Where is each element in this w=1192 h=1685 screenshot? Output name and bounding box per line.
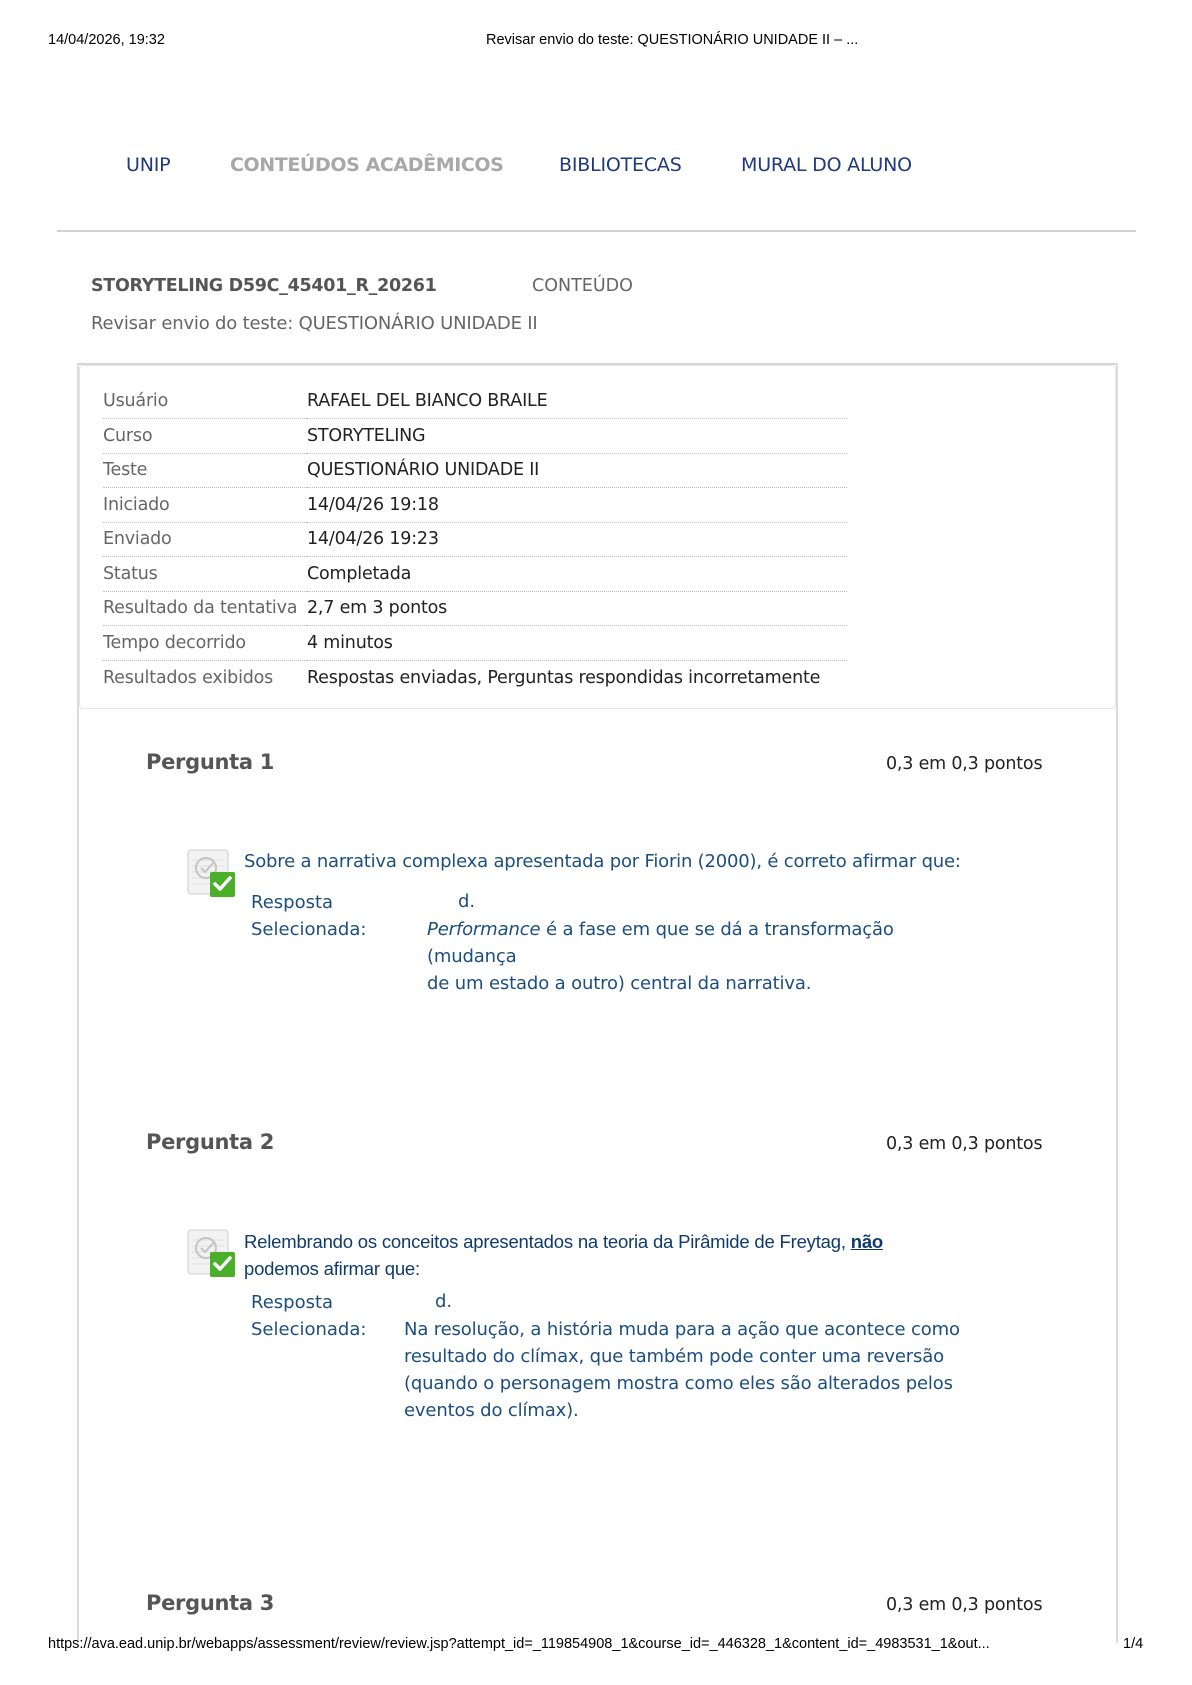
print-page-title: Revisar envio do teste: QUESTIONÁRIO UNI… [486, 32, 858, 48]
info-label: Status [103, 557, 307, 592]
question-title: Pergunta 2 [146, 1130, 274, 1154]
info-row-tempo: Tempo decorrido4 minutos [103, 626, 847, 661]
breadcrumb-section[interactable]: CONTEÚDO [532, 276, 633, 296]
question-title: Pergunta 1 [146, 750, 274, 774]
answer-label-line2: Selecionada: [251, 1316, 366, 1343]
answer-line: resultado do clímax, que também pode con… [404, 1343, 984, 1370]
info-row-status: StatusCompletada [103, 557, 847, 592]
info-value: 2,7 em 3 pontos [307, 591, 847, 626]
top-nav: UNIP CONTEÚDOS ACADÊMICOS BIBLIOTECAS MU… [126, 154, 912, 176]
answer-label-line1: Resposta [251, 1289, 366, 1316]
print-url: https://ava.ead.unip.br/webapps/assessme… [48, 1636, 990, 1652]
nav-divider [57, 230, 1136, 232]
info-value: Respostas enviadas, Perguntas respondida… [307, 660, 847, 695]
print-footer: https://ava.ead.unip.br/webapps/assessme… [0, 1636, 1192, 1656]
info-value: STORYTELING [307, 419, 847, 454]
nav-tab-bibliotecas[interactable]: BIBLIOTECAS [559, 154, 741, 176]
question-title: Pergunta 3 [146, 1591, 274, 1615]
info-row-usuario: UsuárioRAFAEL DEL BIANCO BRAILE [103, 384, 847, 419]
info-label: Tempo decorrido [103, 626, 307, 661]
correct-check-icon [186, 848, 238, 900]
question-text-line1: Relembrando os conceitos apresentados na… [244, 1231, 851, 1252]
info-row-iniciado: Iniciado14/04/26 19:18 [103, 488, 847, 523]
question-text-emphasis: não [851, 1231, 883, 1252]
answer-label: Resposta Selecionada: [251, 889, 366, 943]
nav-tab-mural-do-aluno[interactable]: MURAL DO ALUNO [741, 154, 912, 176]
answer-line2: de um estado a outro) central da narrati… [427, 970, 987, 997]
print-page-number: 1/4 [1123, 1636, 1143, 1652]
breadcrumb-course[interactable]: STORYTELING D59C_45401_R_20261 [91, 276, 436, 296]
info-value: 14/04/26 19:23 [307, 522, 847, 557]
selected-answer-text: Na resolução, a história muda para a açã… [404, 1316, 984, 1424]
info-value: 14/04/26 19:18 [307, 488, 847, 523]
print-header: 14/04/2026, 19:32 Revisar envio do teste… [0, 30, 1192, 50]
info-label: Resultado da tentativa [103, 591, 307, 626]
info-value: RAFAEL DEL BIANCO BRAILE [307, 384, 847, 419]
question-points: 0,3 em 0,3 pontos [886, 1595, 1042, 1615]
correct-check-icon [186, 1228, 238, 1280]
page-title: Revisar envio do teste: QUESTIONÁRIO UNI… [91, 313, 538, 334]
answer-label-line2: Selecionada: [251, 916, 366, 943]
attempt-info-box: UsuárioRAFAEL DEL BIANCO BRAILE CursoSTO… [79, 365, 1116, 709]
info-label: Teste [103, 453, 307, 488]
selected-answer-text: Performance é a fase em que se dá a tran… [427, 916, 987, 997]
info-label: Resultados exibidos [103, 660, 307, 695]
info-label: Curso [103, 419, 307, 454]
answer-label-line1: Resposta [251, 889, 366, 916]
nav-tab-conteudos-academicos[interactable]: CONTEÚDOS ACADÊMICOS [230, 154, 559, 176]
print-datetime: 14/04/2026, 19:32 [48, 32, 165, 48]
answer-line: eventos do clímax). [404, 1397, 984, 1424]
answer-line: Na resolução, a história muda para a açã… [404, 1316, 984, 1343]
question-text: Sobre a narrativa complexa apresentada p… [244, 848, 984, 875]
info-label: Usuário [103, 384, 307, 419]
info-label: Iniciado [103, 488, 307, 523]
info-row-enviado: Enviado14/04/26 19:23 [103, 522, 847, 557]
answer-letter: d. [435, 1291, 452, 1312]
answer-emphasis: Performance [427, 919, 540, 940]
question-points: 0,3 em 0,3 pontos [886, 1134, 1042, 1154]
nav-tab-unip[interactable]: UNIP [126, 154, 230, 176]
answer-label: Resposta Selecionada: [251, 1289, 366, 1343]
answer-letter: d. [458, 891, 475, 912]
answer-line: (quando o personagem mostra como eles sã… [404, 1370, 984, 1397]
info-label: Enviado [103, 522, 307, 557]
info-row-curso: CursoSTORYTELING [103, 419, 847, 454]
info-value: Completada [307, 557, 847, 592]
question-text-line2: podemos afirmar que: [244, 1255, 984, 1282]
question-text: Relembrando os conceitos apresentados na… [244, 1228, 984, 1282]
info-value: 4 minutos [307, 626, 847, 661]
info-row-resultado: Resultado da tentativa2,7 em 3 pontos [103, 591, 847, 626]
info-row-resultados-exibidos: Resultados exibidosRespostas enviadas, P… [103, 660, 847, 695]
attempt-info-table: UsuárioRAFAEL DEL BIANCO BRAILE CursoSTO… [103, 384, 847, 695]
breadcrumb: STORYTELING D59C_45401_R_20261 CONTEÚDO [91, 276, 436, 296]
info-value: QUESTIONÁRIO UNIDADE II [307, 453, 847, 488]
info-row-teste: TesteQUESTIONÁRIO UNIDADE II [103, 453, 847, 488]
question-points: 0,3 em 0,3 pontos [886, 754, 1042, 774]
